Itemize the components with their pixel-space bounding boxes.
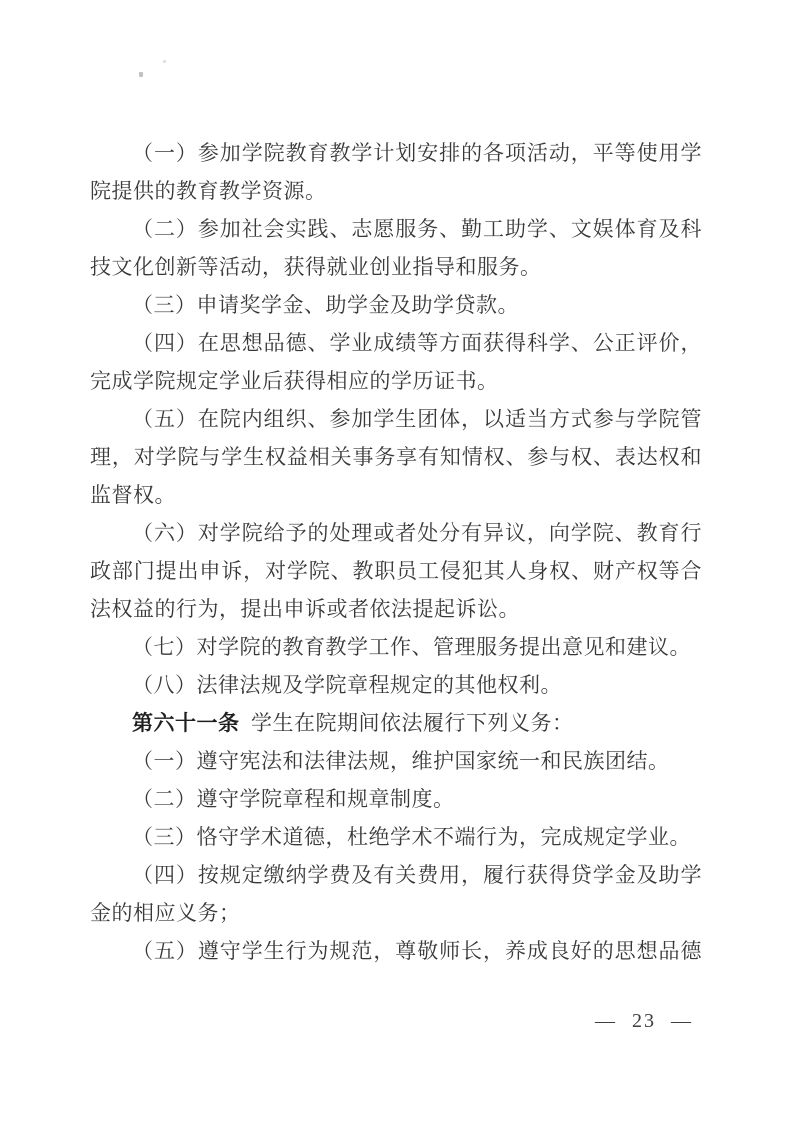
- text-line: （一）参加学院教育教学计划安排的各项活动，平等使用学: [90, 134, 702, 172]
- text-line: （四）在思想品德、学业成绩等方面获得科学、公正评价，: [90, 324, 702, 362]
- document-page: （一）参加学院教育教学计划安排的各项活动，平等使用学院提供的教育教学资源。（二）…: [0, 0, 793, 1121]
- text-line: （五）在院内组织、参加学生团体，以适当方式参与学院管: [90, 400, 702, 438]
- text-line: 金的相应义务；: [90, 894, 702, 932]
- scan-speck: [163, 60, 166, 63]
- text-line: （六）对学院给予的处理或者处分有异议，向学院、教育行: [90, 514, 702, 552]
- text-line: 法权益的行为，提出申诉或者依法提起诉讼。: [90, 590, 702, 628]
- text-line: （一）遵守宪法和法律法规，维护国家统一和民族团结。: [90, 742, 702, 780]
- scan-speck: [139, 72, 143, 77]
- article-heading-line: 第六十一条学生在院期间依法履行下列义务：: [90, 704, 702, 742]
- text-line: （七）对学院的教育教学工作、管理服务提出意见和建议。: [90, 628, 702, 666]
- text-line: （三）申请奖学金、助学金及助学贷款。: [90, 286, 702, 324]
- text-line: 监督权。: [90, 476, 702, 514]
- page-number: — 23 —: [595, 1008, 693, 1034]
- text-line: （三）恪守学术道德，杜绝学术不端行为，完成规定学业。: [90, 818, 702, 856]
- text-line: （四）按规定缴纳学费及有关费用，履行获得贷学金及助学: [90, 856, 702, 894]
- text-line: 院提供的教育教学资源。: [90, 172, 702, 210]
- text-line: （八）法律法规及学院章程规定的其他权利。: [90, 666, 702, 704]
- text-line: （二）参加社会实践、志愿服务、勤工助学、文娱体育及科: [90, 210, 702, 248]
- text-line: 理，对学院与学生权益相关事务享有知情权、参与权、表达权和: [90, 438, 702, 476]
- text-line: 技文化创新等活动，获得就业创业指导和服务。: [90, 248, 702, 286]
- text-line: 政部门提出申诉，对学院、教职员工侵犯其人身权、财产权等合: [90, 552, 702, 590]
- article-number: 第六十一条: [132, 712, 240, 735]
- text-line: 完成学院规定学业后获得相应的学历证书。: [90, 362, 702, 400]
- article-heading-text: 学生在院期间依法履行下列义务：: [251, 711, 574, 735]
- document-lines: （一）参加学院教育教学计划安排的各项活动，平等使用学院提供的教育教学资源。（二）…: [90, 134, 702, 970]
- text-line: （二）遵守学院章程和规章制度。: [90, 780, 702, 818]
- text-line: （五）遵守学生行为规范，尊敬师长，养成良好的思想品德: [90, 932, 702, 970]
